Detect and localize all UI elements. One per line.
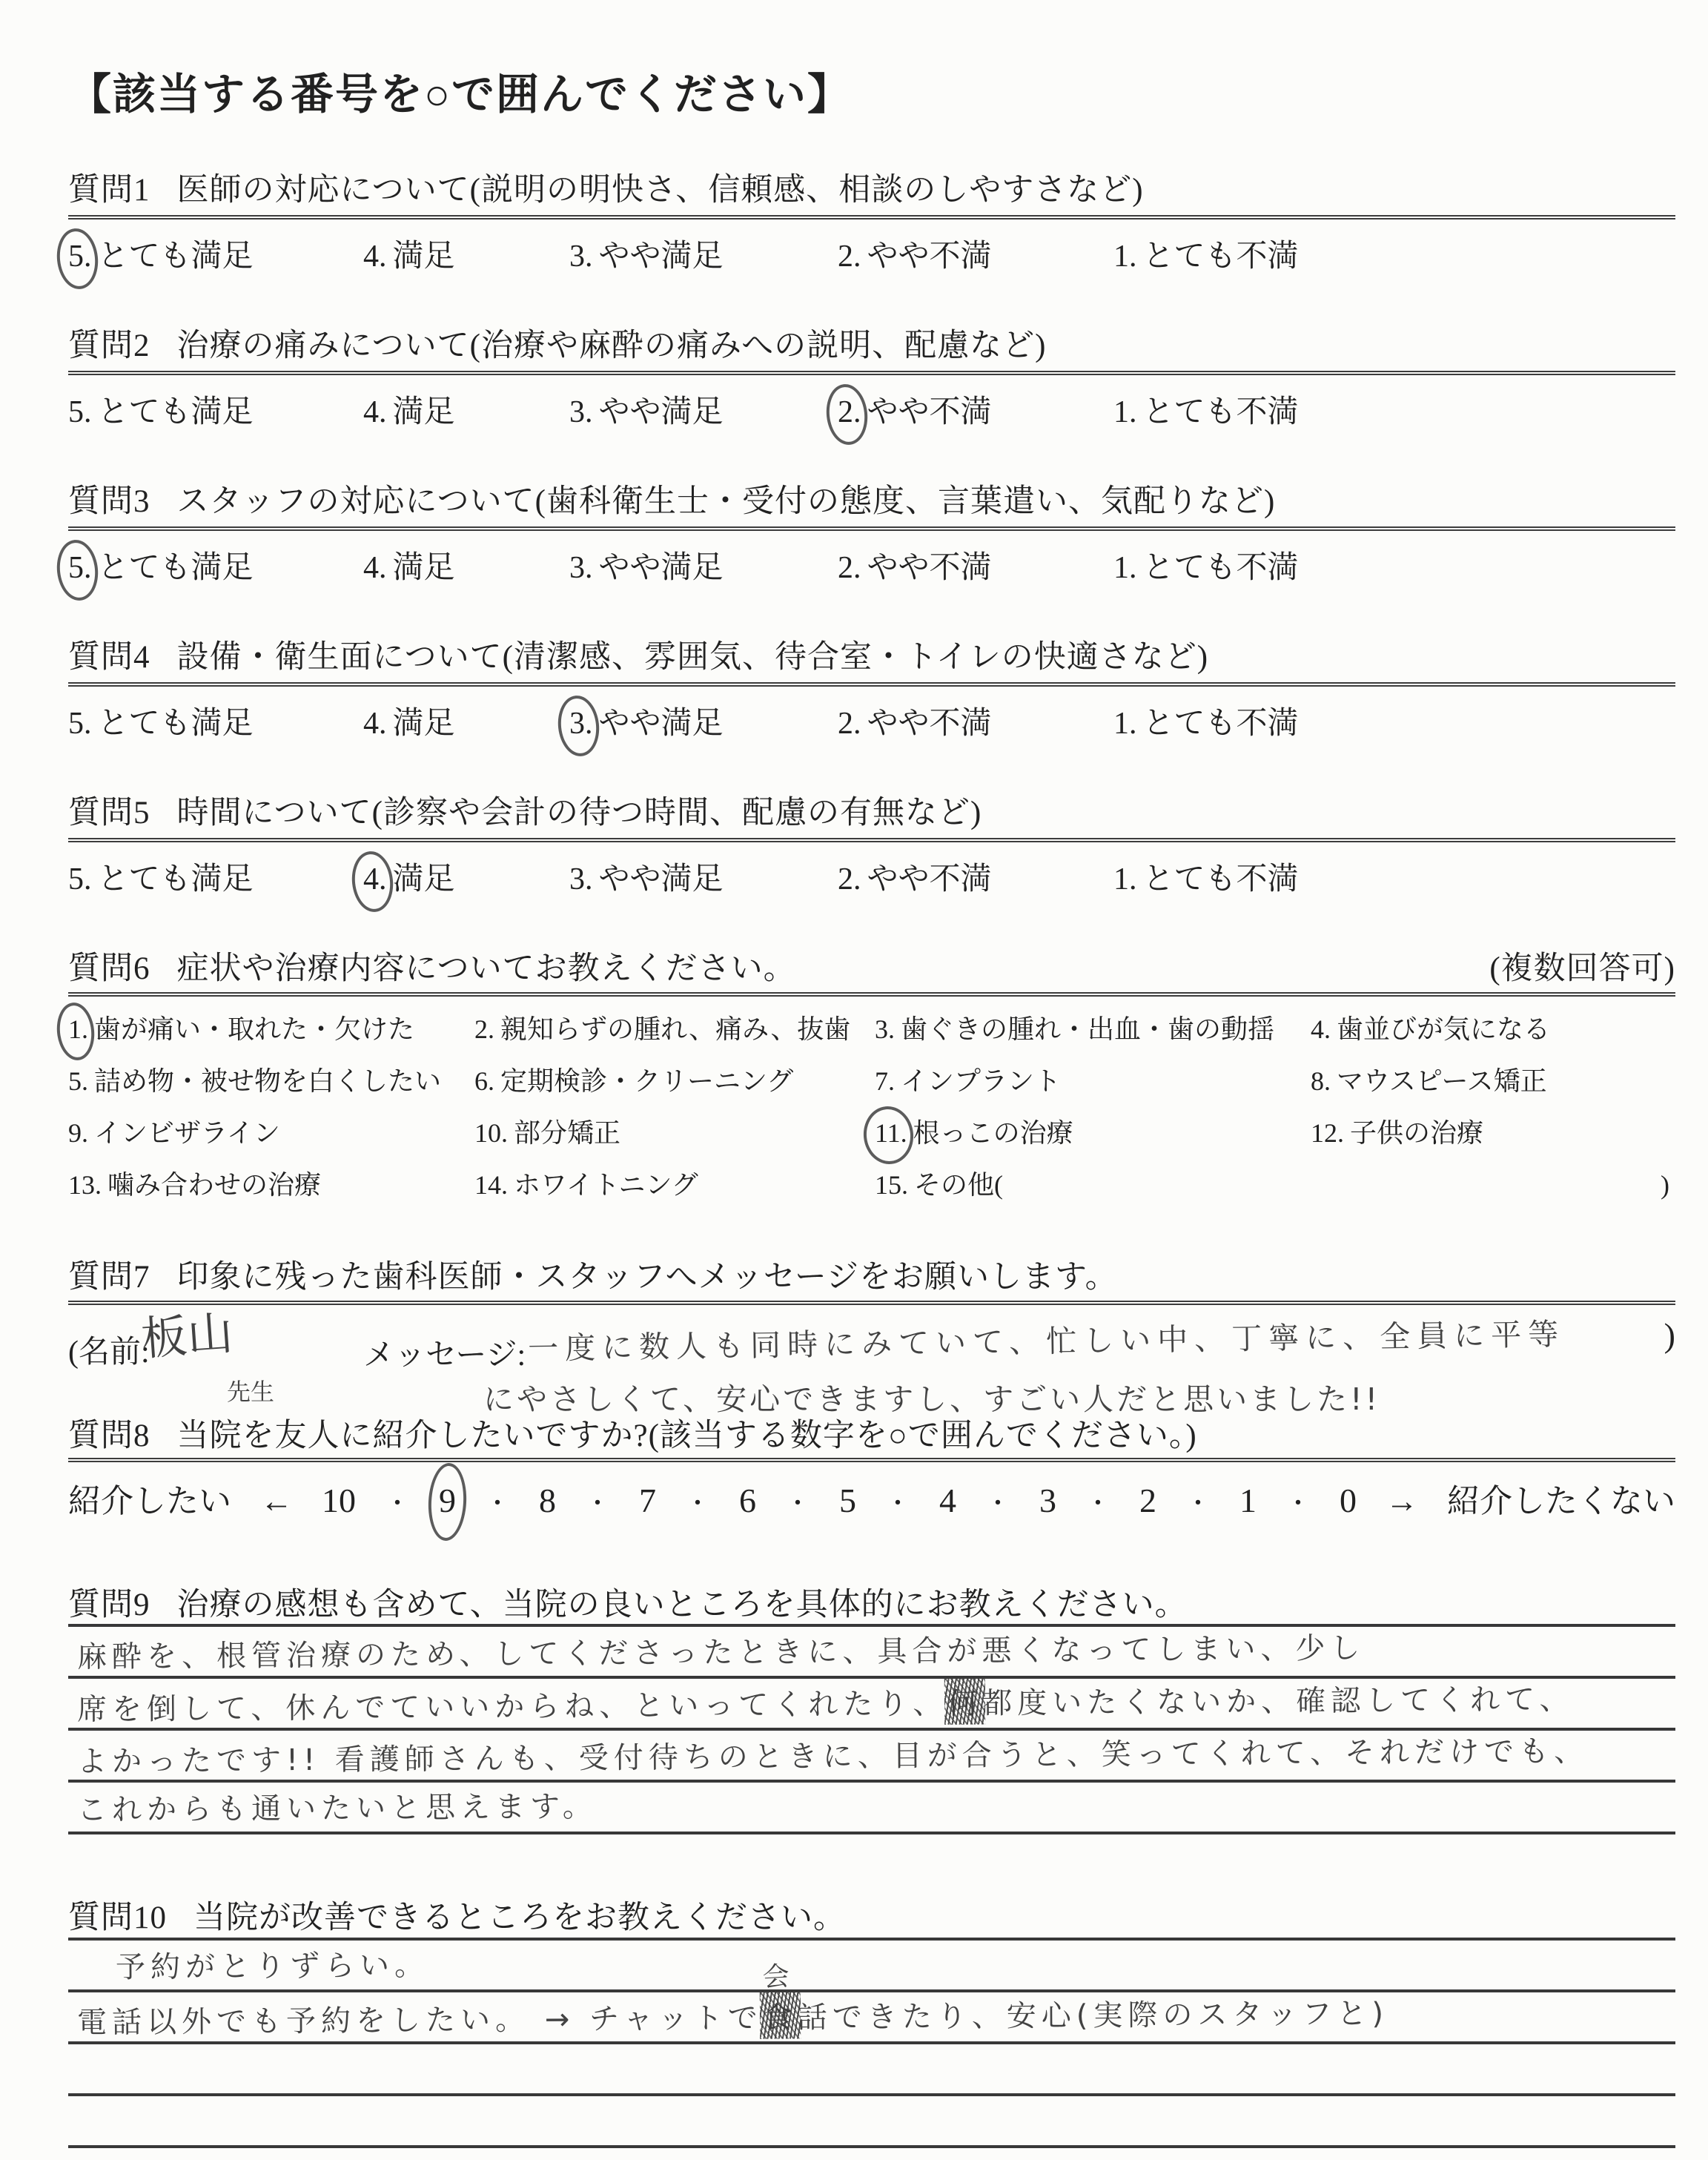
scribble-mark: 食: [763, 1994, 798, 2036]
option-label: とても満足: [98, 862, 254, 896]
option-2: 2.やや不満: [838, 698, 1113, 743]
nps-number: 5: [839, 1481, 856, 1520]
question-1-options: 5.とても満足4.満足3.やや満足2.やや不満1.とても不満: [68, 231, 1675, 276]
nps-left-label: 紹介したい: [68, 1474, 231, 1522]
option-label: やや満足: [599, 551, 724, 585]
option-3: 3.やや満足: [569, 231, 838, 276]
option-label: やや不満: [867, 551, 992, 585]
question-7-label: 質問7: [68, 1260, 150, 1295]
question-10-heading: 質問10当院が改善できるところをお教えください。: [68, 1892, 1675, 1938]
separator-dot: ・: [785, 1483, 810, 1519]
item-number: 10.: [474, 1117, 508, 1149]
option-number: 1.: [1113, 706, 1137, 742]
option-label: とても不満: [1143, 551, 1299, 585]
handwritten-name-suffix: 先生: [227, 1373, 274, 1407]
q10-answer-lines: 予約がとりずらい。電話以外でも予約をしたい。 → チャットで食会話できたり、安心…: [68, 1938, 1675, 2148]
other-close-paren: ): [1661, 1169, 1669, 1201]
scribble-mark: 何: [947, 1680, 982, 1723]
nps-number: 4: [939, 1481, 956, 1520]
option-4: 4.満足: [363, 231, 569, 276]
question-4-label: 質問4: [68, 640, 150, 675]
item-label: 歯ぐきの腫れ・出血・歯の動揺: [901, 1014, 1274, 1044]
option-label: とても満足: [98, 551, 254, 585]
option-number: 3.: [569, 550, 593, 586]
question-8-title: 当院を友人に紹介したいですか?(該当する数字を○で囲んでください。): [177, 1418, 1197, 1453]
question-6-title: 症状や治療内容についてお教えください。: [177, 951, 796, 986]
nps-right-label: 紹介したくない: [1447, 1474, 1675, 1522]
answer-line: 席を倒して、休んでていいからね、といってくれたり、何都度いたくないか、確認してく…: [68, 1679, 1675, 1731]
question-5-heading: 質問5時間について(診察や会計の待つ時間、配慮の有無など): [68, 787, 1675, 833]
option-number: 4.: [363, 394, 387, 430]
question-10-label: 質問10: [68, 1900, 167, 1935]
answer-line: [68, 2096, 1675, 2148]
option-label: やや不満: [867, 395, 992, 429]
item-label: 噛み合わせの治療: [107, 1170, 321, 1200]
symptom-item-3: 3.歯ぐきの腫れ・出血・歯の動揺: [875, 1013, 1311, 1046]
circled-answer-mark: 5.: [68, 550, 92, 586]
divider-rule: [68, 1301, 1675, 1305]
item-number: 12.: [1311, 1117, 1344, 1149]
symptom-item-11: 11.根っこの治療: [875, 1117, 1311, 1149]
option-5: 5.とても満足: [68, 387, 363, 432]
option-label: とても不満: [1143, 707, 1299, 741]
item-label: 歯並びが気になる: [1337, 1014, 1550, 1044]
option-label: やや不満: [867, 862, 992, 896]
divider-rule: [68, 838, 1675, 842]
option-label: 満足: [393, 707, 455, 741]
option-3: 3.やや満足: [569, 698, 838, 743]
question-3-options: 5.とても満足4.満足3.やや満足2.やや不満1.とても不満: [68, 543, 1675, 587]
option-number: 2.: [838, 550, 861, 586]
separator-dot: ・: [385, 1483, 410, 1519]
option-label: とても不満: [1143, 395, 1299, 429]
item-number: 13.: [68, 1169, 102, 1201]
option-5: 5.とても満足: [68, 854, 363, 899]
option-2: 2.やや不満: [838, 543, 1113, 587]
item-label: 定期検診・クリーニング: [500, 1066, 793, 1096]
question-4-heading: 質問4設備・衛生面について(清潔感、雰囲気、待合室・トイレの快適さなど): [68, 632, 1675, 677]
item-label: インビザライン: [94, 1118, 280, 1148]
handwritten-answer: よかったです!! 看護師さんも、受付待ちのときに、目が合うと、笑ってくれて、それ…: [77, 1728, 1589, 1780]
option-number: 3.: [569, 239, 593, 274]
multiple-answers-note: (複数回答可): [1489, 943, 1675, 988]
option-3: 3.やや満足: [569, 387, 838, 432]
circled-answer-mark: 5.: [68, 239, 92, 274]
question-9-label: 質問9: [68, 1588, 150, 1622]
option-2: 2.やや不満: [838, 387, 1113, 432]
separator-dot: ・: [1285, 1483, 1311, 1519]
option-2: 2.やや不満: [838, 854, 1113, 899]
item-number: 4.: [1311, 1013, 1331, 1046]
answer-line: よかったです!! 看護師さんも、受付待ちのときに、目が合うと、笑ってくれて、それ…: [68, 1731, 1675, 1783]
option-label: 満足: [393, 551, 455, 585]
question-4-title: 設備・衛生面について(清潔感、雰囲気、待合室・トイレの快適さなど): [177, 640, 1209, 675]
item-label: 歯が痛い・取れた・欠けた: [94, 1014, 414, 1044]
option-4: 4.満足: [363, 387, 569, 432]
question-9-heading: 質問9治療の感想も含めて、当院の良いところを具体的にお教えください。: [68, 1579, 1675, 1625]
item-number: 3.: [875, 1013, 895, 1046]
nps-number: 1: [1239, 1481, 1257, 1520]
page-title: 【該当する番号を○で囲んでください】: [68, 59, 1675, 122]
question-9-title: 治療の感想も含めて、当院の良いところを具体的にお教えください。: [177, 1588, 1188, 1622]
circled-answer-mark: 4.: [363, 862, 387, 897]
separator-dot: ・: [685, 1483, 710, 1519]
item-number: 2.: [474, 1013, 494, 1046]
handwritten-answer: 席を倒して、休んでていいからね、といってくれたり、何都度いたくないか、確認してく…: [77, 1676, 1575, 1728]
option-label: やや不満: [867, 707, 992, 741]
q9-answer-lines: 麻酔を、根管治療のため、してくださったときに、具合が悪くなってしまい、少し席を倒…: [68, 1624, 1675, 1834]
separator-dot: ・: [585, 1483, 610, 1519]
symptom-item-5: 5.詰め物・被せ物を白くしたい: [68, 1065, 474, 1097]
option-label: 満足: [393, 862, 455, 896]
option-label: 満足: [393, 395, 455, 429]
divider-rule: [68, 1458, 1675, 1462]
question-2-label: 質問2: [68, 328, 150, 363]
option-5: 5.とても満足: [68, 698, 363, 743]
item-label: 根っこの治療: [913, 1118, 1073, 1148]
item-label: 親知らずの腫れ、痛み、抜歯: [500, 1014, 850, 1044]
option-number: 3.: [569, 394, 593, 430]
nps-number: 8: [539, 1481, 556, 1520]
option-number: 5.: [68, 394, 92, 430]
item-number: 5.: [68, 1065, 88, 1097]
item-number: 15.: [875, 1169, 908, 1201]
item-label: 子供の治療: [1350, 1118, 1483, 1148]
answer-line: これからも通いたいと思えます。: [68, 1783, 1675, 1834]
circled-answer-mark: 2.: [838, 394, 861, 430]
question-10-title: 当院が改善できるところをお教えください。: [193, 1900, 846, 1935]
option-label: 満足: [393, 240, 455, 274]
option-1: 1.とても不満: [1113, 231, 1675, 276]
item-label: ホワイトニング: [514, 1170, 698, 1200]
question-4-options: 5.とても満足4.満足3.やや満足2.やや不満1.とても不満: [68, 698, 1675, 743]
question-3-label: 質問3: [68, 484, 150, 519]
item-number: 8.: [1311, 1065, 1331, 1097]
question-2-options: 5.とても満足4.満足3.やや満足2.やや不満1.とても不満: [68, 387, 1675, 432]
option-number: 5.: [68, 706, 92, 742]
option-number: 4.: [363, 239, 387, 274]
option-number: 1.: [1113, 550, 1137, 586]
nps-scale-row: 紹介したい←10・9・8・7・6・5・4・3・2・1・0→紹介したくない: [68, 1474, 1675, 1522]
answer-line: 電話以外でも予約をしたい。 → チャットで食会話できたり、安心(実際のスタッフと…: [68, 1992, 1675, 2044]
question-2-heading: 質問2治療の痛みについて(治療や麻酔の痛みへの説明、配慮など): [68, 320, 1675, 366]
divider-rule: [68, 371, 1675, 375]
divider-rule: [68, 682, 1675, 687]
option-number: 5.: [68, 862, 92, 897]
option-label: とても不満: [1143, 862, 1299, 896]
option-label: とても満足: [98, 707, 254, 741]
left-arrow: ←: [260, 1482, 293, 1520]
question-1-heading: 質問1医師の対応について(説明の明快さ、信頼感、相談のしやすさなど): [68, 165, 1675, 210]
name-field-label: (名前:: [68, 1327, 150, 1372]
circled-nps-score: 9: [439, 1481, 456, 1520]
question-8-label: 質問8: [68, 1418, 150, 1453]
option-5: 5.とても満足: [68, 231, 363, 276]
handwritten-answer: 予約がとりずらい。: [116, 1942, 429, 1986]
circled-answer-mark: 3.: [569, 706, 593, 742]
option-number: 2.: [838, 239, 861, 274]
answer-line: 麻酔を、根管治療のため、してくださったときに、具合が悪くなってしまい、少し: [68, 1627, 1675, 1679]
symptom-items-grid: 1.歯が痛い・取れた・欠けた2.親知らずの腫れ、痛み、抜歯3.歯ぐきの腫れ・出血…: [68, 1013, 1675, 1201]
question-1-title: 医師の対応について(説明の明快さ、信頼感、相談のしやすさなど): [177, 173, 1144, 208]
item-label: インプラント: [901, 1066, 1061, 1096]
symptom-item-4: 4.歯並びが気になる: [1311, 1013, 1675, 1046]
option-1: 1.とても不満: [1113, 854, 1675, 899]
separator-dot: ・: [1185, 1483, 1211, 1519]
question-8-heading: 質問8当院を友人に紹介したいですか?(該当する数字を○で囲んでください。): [68, 1410, 1675, 1456]
symptom-item-8: 8.マウスピース矯正: [1311, 1065, 1675, 1097]
item-label: 部分矯正: [514, 1118, 620, 1148]
option-label: やや満足: [599, 707, 724, 741]
handwritten-answer: 電話以外でも予約をしたい。 → チャットで食会話できたり、安心(実際のスタッフと…: [77, 1990, 1388, 2041]
symptom-item-15: 15.その他(): [875, 1169, 1675, 1201]
symptom-item-9: 9.インビザライン: [68, 1117, 474, 1149]
option-number: 4.: [363, 550, 387, 586]
option-label: やや満足: [599, 862, 724, 896]
question-2-title: 治療の痛みについて(治療や麻酔の痛みへの説明、配慮など): [177, 328, 1047, 363]
right-arrow: →: [1386, 1482, 1418, 1520]
option-1: 1.とても不満: [1113, 698, 1675, 743]
option-number: 1.: [1113, 239, 1137, 274]
question-5-label: 質問5: [68, 796, 150, 830]
separator-dot: ・: [885, 1483, 910, 1519]
option-number: 3.: [569, 862, 593, 897]
symptom-item-10: 10.部分矯正: [474, 1117, 875, 1149]
symptom-item-2: 2.親知らずの腫れ、痛み、抜歯: [474, 1013, 875, 1046]
option-number: 2.: [838, 862, 861, 897]
question-1-label: 質問1: [68, 173, 150, 208]
separator-dot: ・: [1085, 1483, 1110, 1519]
question-5-title: 時間について(診察や会計の待つ時間、配慮の有無など): [177, 796, 982, 830]
question-7-heading: 質問7印象に残った歯科医師・スタッフへメッセージをお願いします。: [68, 1252, 1675, 1297]
item-number: 6.: [474, 1065, 494, 1097]
nps-number: 2: [1139, 1481, 1156, 1520]
circled-answer-mark: 1.: [68, 1013, 88, 1046]
option-number: 4.: [363, 706, 387, 742]
scribbled-correction: 食会: [763, 1994, 798, 2036]
divider-rule: [68, 526, 1675, 531]
question-6-label: 質問6: [68, 951, 150, 986]
option-label: とても満足: [98, 240, 254, 274]
option-number: 1.: [1113, 394, 1137, 430]
option-label: やや満足: [599, 240, 724, 274]
answer-line: 予約がとりずらい。: [68, 1941, 1675, 1992]
divider-rule: [68, 992, 1675, 997]
symptom-item-6: 6.定期検診・クリーニング: [474, 1065, 875, 1097]
option-4: 4.満足: [363, 698, 569, 743]
scribbled-correction: 何: [947, 1680, 982, 1723]
item-label: その他(: [914, 1170, 1003, 1200]
nps-number: 6: [739, 1481, 756, 1520]
item-label: 詰め物・被せ物を白くしたい: [94, 1066, 441, 1096]
handwritten-answer: これからも通いたいと思えます。: [77, 1783, 598, 1829]
option-number: 1.: [1113, 862, 1137, 897]
question-5-options: 5.とても満足4.満足3.やや満足2.やや不満1.とても不満: [68, 854, 1675, 899]
question-3-title: スタッフの対応について(歯科衛生士・受付の態度、言葉遣い、気配りなど): [177, 484, 1276, 519]
option-1: 1.とても不満: [1113, 387, 1675, 432]
divider-rule: [68, 215, 1675, 219]
nps-number: 0: [1340, 1481, 1357, 1520]
handwritten-answer: 麻酔を、根管治療のため、してくださったときに、具合が悪くなってしまい、少し: [77, 1625, 1366, 1676]
nps-number: 10: [322, 1481, 356, 1520]
handwritten-name: 板山: [139, 1296, 235, 1368]
field-close-paren: ): [1664, 1315, 1675, 1355]
symptom-item-7: 7.インプラント: [875, 1065, 1311, 1097]
option-4: 4.満足: [363, 543, 569, 587]
symptom-item-12: 12.子供の治療: [1311, 1117, 1675, 1149]
handwritten-message-line1: 一度に数人も同時にみていて、忙しい中、丁寧に、全員に平等: [528, 1309, 1566, 1368]
option-label: やや満足: [599, 395, 724, 429]
message-field-label: メッセージ:: [363, 1330, 526, 1375]
option-4: 4.満足: [363, 854, 569, 899]
separator-dot: ・: [485, 1483, 510, 1519]
question-6-heading: 質問6症状や治療内容についてお教えください。 (複数回答可): [68, 943, 1675, 988]
item-label: マウスピース矯正: [1337, 1066, 1547, 1096]
symptom-item-1: 1.歯が痛い・取れた・欠けた: [68, 1013, 474, 1046]
option-5: 5.とても満足: [68, 543, 363, 587]
item-number: 9.: [68, 1117, 88, 1149]
answer-line: [68, 2044, 1675, 2096]
question-7-title: 印象に残った歯科医師・スタッフへメッセージをお願いします。: [177, 1260, 1118, 1295]
insertion-character: 会: [761, 1955, 795, 1994]
symptom-item-13: 13.噛み合わせの治療: [68, 1169, 474, 1201]
option-number: 2.: [838, 706, 861, 742]
option-3: 3.やや満足: [569, 543, 838, 587]
circled-answer-mark: 11.: [875, 1117, 907, 1149]
question-3-heading: 質問3スタッフの対応について(歯科衛生士・受付の態度、言葉遣い、気配りなど): [68, 476, 1675, 521]
separator-dot: ・: [985, 1483, 1010, 1519]
item-number: 7.: [875, 1065, 895, 1097]
nps-number: 7: [639, 1481, 656, 1520]
option-label: とても満足: [98, 395, 254, 429]
option-3: 3.やや満足: [569, 854, 838, 899]
option-label: とても不満: [1143, 240, 1299, 274]
nps-number: 3: [1039, 1481, 1056, 1520]
option-1: 1.とても不満: [1113, 543, 1675, 587]
option-label: やや不満: [867, 240, 992, 274]
item-number: 14.: [474, 1169, 508, 1201]
symptom-item-14: 14.ホワイトニング: [474, 1169, 875, 1201]
option-2: 2.やや不満: [838, 231, 1113, 276]
